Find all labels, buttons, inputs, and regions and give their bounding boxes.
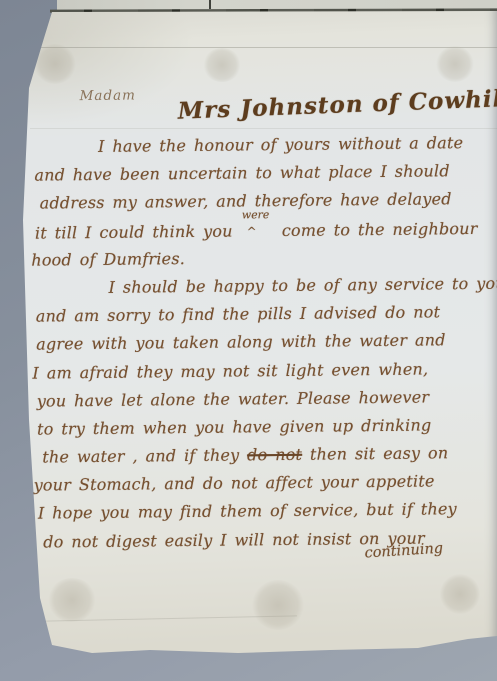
text-segment: and am sorry to find the pills I advised… xyxy=(36,302,441,325)
paper-stain xyxy=(440,574,480,614)
text-segment: it till I could think you xyxy=(35,221,241,242)
text-segment: your Stomach, and do not affect your app… xyxy=(34,472,435,495)
inserted-word-above-caret: were^ xyxy=(240,220,274,236)
text-segment: come to the neighbour xyxy=(274,219,478,240)
letter-lines: I have the honour of yours without a dat… xyxy=(28,132,497,560)
text-segment: the water , and if they xyxy=(42,445,247,466)
paper-sheet: Madam Mrs Johnston of Cowhill I have the… xyxy=(0,0,497,681)
text-segment: agree with you taken along with the wate… xyxy=(36,331,446,354)
text-segment: hood of Dumfries. xyxy=(31,249,185,270)
text-segment: then sit easy on xyxy=(302,443,448,464)
text-segment: to try them when you have given up drink… xyxy=(37,415,432,438)
text-segment: I am afraid they may not sit light even … xyxy=(32,359,428,382)
paper-stain xyxy=(252,580,304,630)
text-segment: I hope you may find them of service, but… xyxy=(38,500,457,523)
text-segment: I have the honour of yours without a dat… xyxy=(98,133,463,156)
text-segment: you have let alone the water. Please how… xyxy=(37,387,430,410)
paper-crease xyxy=(30,47,497,48)
struck-through-words: do not xyxy=(247,445,302,465)
paper-stain xyxy=(48,578,96,622)
text-segment: I should be happy to be of any service t… xyxy=(108,274,497,297)
paper-stain xyxy=(203,48,241,82)
seam-corner-mark xyxy=(209,0,211,9)
text-segment: and have been uncertain to what place I … xyxy=(34,161,450,184)
letter-scan-page: Madam Mrs Johnston of Cowhill I have the… xyxy=(0,0,497,681)
handwritten-text: Madam Mrs Johnston of Cowhill I have the… xyxy=(27,83,497,571)
paper-stain xyxy=(34,44,76,84)
paper-stain xyxy=(436,46,474,82)
